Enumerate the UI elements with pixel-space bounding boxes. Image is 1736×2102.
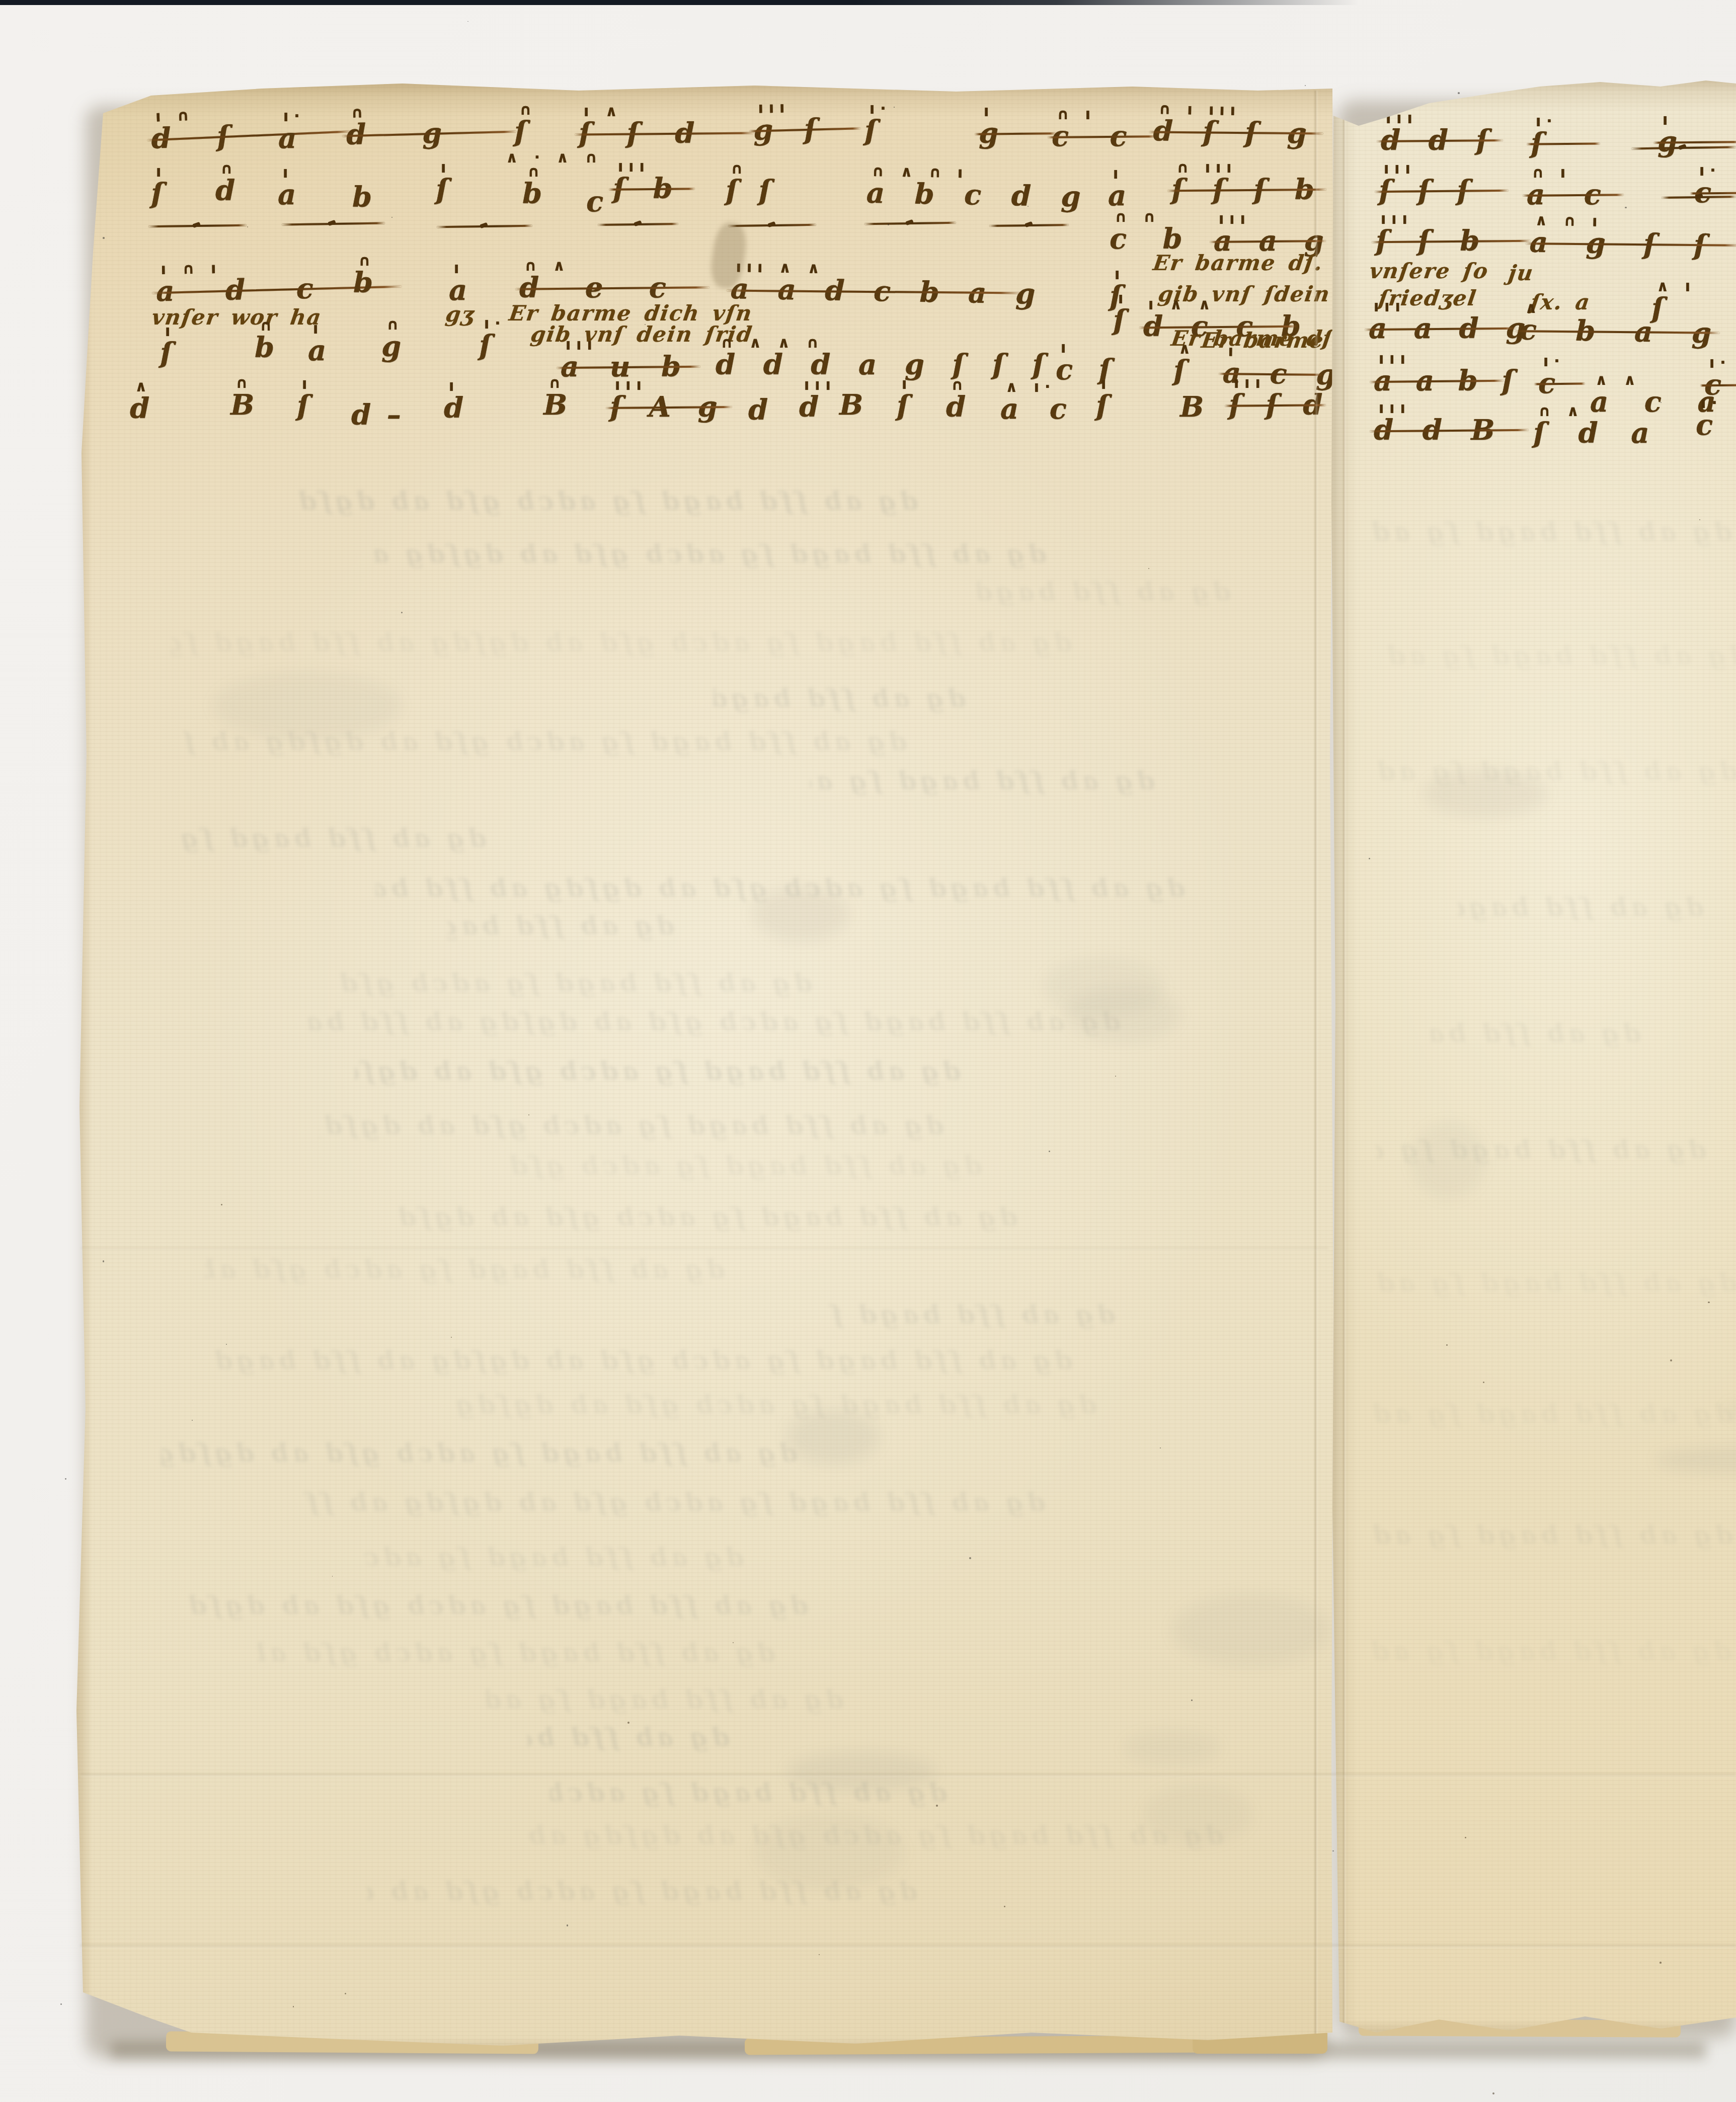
rhythm-marks: ∩ (220, 160, 238, 178)
dust-speck (60, 2003, 62, 2005)
tablature-rule (1048, 135, 1156, 138)
tablature-letters: d (130, 393, 152, 424)
showthrough-text: dg ab ſfd bagd ſg adcb gſd ab dgſdg ab ſ… (486, 1684, 843, 1714)
german-text-word: gib vnſ dein ſrid (531, 322, 753, 347)
showthrough-text: dg ab ſfd bagd ſg adcb gſd ab dgſdg ab ſ… (188, 1590, 808, 1620)
rhythm-marks: ∧ (1178, 340, 1196, 358)
tablature-letters: B (1180, 391, 1207, 423)
german-text-word: vnſere ſo (1370, 259, 1488, 283)
rhythm-marks: ∩ ∧ ∧ ∩ (721, 334, 824, 352)
rhythm-marks: ı (1113, 165, 1124, 183)
showthrough-text: dg ab ſfd bagd ſg adcb gſd ab dgſdg ab ſ… (1457, 892, 1703, 922)
tablature-letters: d (799, 391, 822, 423)
showthrough-text: dg ab ſfd bagd ſg adcb gſd ab dgſdg ab ſ… (304, 1487, 1045, 1517)
tablature-letters: d ſ ſ g (1153, 115, 1319, 149)
showthrough-text: dg ab ſfd bagd ſg adcb gſd ab dgſdg ab ſ… (205, 1254, 725, 1284)
tablature-rule (1690, 192, 1736, 195)
tablature-cluster: ∩d (215, 162, 238, 206)
tablature-letters: d (215, 175, 238, 206)
rhythm-marks: ı (1228, 343, 1239, 360)
tablature-cluster: b (352, 169, 375, 213)
rhythm-marks: ııı (1219, 210, 1251, 228)
tablature-letters: B (543, 389, 570, 421)
tablature-letters: ſ ſ d (1229, 389, 1322, 421)
tablature-rule (1526, 242, 1736, 247)
tablature-cluster: ∩ ∧d e c (519, 259, 705, 303)
rhythm-marks: ∧ ∩ ı (1535, 212, 1603, 230)
rhythm-marks: ∩ ∧ (1538, 402, 1585, 420)
rhythm-marks: ı (1061, 339, 1071, 357)
rhythm-marks: ∧ (135, 378, 152, 395)
showthrough-text: dg ab ſfd bagd ſg adcb gſd ab dgſdg ab ſ… (367, 1876, 917, 1906)
tablature-rule (1527, 142, 1600, 145)
tablature-rule (1372, 240, 1531, 244)
rhythm-marks: ∧ ı (1656, 278, 1696, 295)
tablature-cluster: ı ∧ ∧d c c b (1143, 298, 1294, 342)
tablature-cluster: ıſ (297, 377, 312, 422)
showthrough-blot (1724, 1396, 1736, 1425)
tablature-letters: ſ ſ ſ b (1171, 174, 1322, 205)
sustain-dash (148, 224, 247, 228)
showthrough-text: dg ab ſfd bagd ſg adcb gſd ab dgſdg ab ſ… (296, 486, 918, 516)
showthrough-text: dg ab ſfd bagd ſg adcb gſd ab dgſdg ab ſ… (161, 1438, 797, 1468)
dash-tick (480, 222, 488, 228)
rhythm-marks: ∩ ı (1532, 164, 1571, 182)
tablature-rule (1167, 189, 1326, 192)
tablature-letters: d (748, 394, 771, 426)
german-text-word: ſriedʒel (1379, 286, 1477, 310)
german-text-word: ſx. a (1531, 290, 1591, 314)
tablature-cluster: B (1180, 378, 1207, 423)
tablature-rule (1377, 139, 1503, 142)
tablature-cluster: ıſ (1096, 377, 1111, 422)
tablature-letters: g ſ (753, 113, 857, 146)
tablature-cluster: ıa c g (1222, 344, 1319, 390)
rhythm-marks: ı ∩ ı (161, 260, 221, 278)
tablature-cluster: ıııſ b (613, 160, 691, 204)
tablature-rule (1370, 429, 1529, 433)
showthrough-text: dg ab ſfd bagd ſg adcb gſd ab dgſdg ab ſ… (1375, 1268, 1736, 1298)
tablature-cluster: ∩ ı ıııd ſ ſ g (1153, 102, 1319, 149)
showthrough-text: dg ab ſfd bagd ſg adcb gſd ab dgſdg ab ſ… (258, 1638, 775, 1667)
dust-speck (1492, 2092, 1494, 2094)
german-text-word: Er barme dſ (1171, 326, 1333, 351)
rhythm-marks: ı· (1709, 354, 1731, 372)
tablature-rule (727, 289, 1021, 294)
rhythm-marks: ı ∧ ∧ (1148, 296, 1216, 313)
tablature-cluster: ∩d (946, 378, 969, 423)
tablature-cluster: ∩ſ ſ (726, 162, 786, 206)
rhythm-marks: ∩ (386, 316, 404, 334)
tablature-letters: a a b ſ (1374, 365, 1500, 396)
showthrough-text: dg ab ſfd bagd ſg adcb gſd ab dgſdg ab ſ… (214, 1345, 1072, 1375)
tablature-letters: g (381, 331, 404, 362)
tablature-rule (342, 130, 516, 137)
tablature-cluster: ı ∩ ıa d c (155, 259, 398, 307)
tablature-letters: ſ (1173, 355, 1189, 386)
rhythm-marks: ı· (1701, 394, 1723, 412)
tablature-letters: c c (1052, 121, 1152, 152)
rhythm-marks: ııı (1379, 399, 1411, 417)
dash-tick (1695, 193, 1703, 199)
showthrough-text: dg ab ſfd bagd ſg adcb gſd ab dgſdg ab ſ… (977, 577, 1230, 606)
tablature-letters: b (255, 332, 277, 363)
tablature-cluster: ıg (1658, 113, 1736, 157)
tablature-letters: ſ (1113, 305, 1128, 336)
torn-edge-left (75, 80, 93, 2060)
tablature-cluster: ∧ ∧a c a (1590, 373, 1726, 418)
dash-tick (1024, 221, 1033, 227)
tablature-cluster: ıa (1108, 167, 1129, 211)
tablature-cluster: ∩b (353, 254, 376, 298)
tablature-rule (1149, 131, 1323, 134)
tablature-letters: g (1658, 126, 1736, 157)
text-content: Er barme dſ. (1152, 251, 1325, 275)
tablature-letters: a c (1527, 179, 1620, 210)
rhythm-marks: ı (1115, 266, 1125, 283)
tablature-rule (1365, 328, 1516, 331)
tablature-cluster: ∩ ∩c b (1110, 210, 1205, 255)
tablature-cluster: ∩ ∧ ∩ ıa b c d g (866, 165, 1048, 212)
paper-grain (75, 80, 1333, 2060)
tablature-cluster: ı·ſ (1531, 115, 1596, 159)
tablature-letters: d d d a g ſ ſ ſ (716, 349, 1002, 380)
tablature-rule (609, 188, 695, 190)
rhythm-marks: ııı (1374, 298, 1406, 315)
text-content: ju (1507, 261, 1536, 285)
rhythm-marks: ı (441, 159, 451, 177)
scanner-edge-strip (0, 0, 1736, 5)
showthrough-text: dg ab ſfd bagd ſg adcb gſd ab dgſdg ab ſ… (363, 1542, 743, 1572)
showthrough-blot (787, 1410, 879, 1464)
rhythm-marks: ı (454, 260, 464, 277)
showthrough-blot (1173, 1594, 1330, 1665)
rhythm-marks: ∩ ı (1057, 106, 1096, 123)
showthrough-text: dg ab ſfd bagd ſg adcb gſd ab dgſdg ab ſ… (499, 1151, 982, 1180)
tablature-letters: ſ (479, 330, 494, 361)
rhythm-marks: ∧ ∧ (1595, 371, 1641, 389)
showthrough-blot (1424, 770, 1546, 816)
tablature-letters: d e c (519, 272, 705, 303)
tablature-cluster: ∩d g (346, 103, 512, 150)
showthrough-blot (753, 887, 849, 941)
rhythm-marks: ∩ (358, 252, 376, 270)
rhythm-marks: ı· (1543, 353, 1565, 370)
tablature-letters: ſ (436, 174, 451, 205)
text-content: ſriedʒel (1377, 286, 1479, 310)
rhythm-marks: ııı ∧ ∧ (736, 258, 825, 277)
tablature-letters: b (522, 178, 545, 209)
sustain-dash (989, 224, 1069, 227)
rhythm-marks: ∩ (951, 376, 969, 394)
tablature-letters: ſ ſ d (579, 118, 750, 149)
tablature-cluster: ıa (308, 322, 329, 366)
tablature-cluster: ıa (278, 166, 299, 210)
showthrough-text: dg ab ſfd bagd ſg adcb gſd ab dgſdg ab ſ… (355, 1056, 961, 1086)
showthrough-text: dg ab ſfd bagd ſg adcb gſd ab dgſdg ab ſ… (450, 1390, 1096, 1419)
tablature-letters: c ſ (1056, 354, 1126, 385)
tablature-rule (1370, 380, 1504, 383)
tablature-cluster: d (748, 381, 771, 426)
text-content: vnſer wor ha (150, 305, 324, 330)
showthrough-text: dg ab ſfd bagd ſg adcb gſd ab dgſdg ab ſ… (183, 726, 907, 756)
tablature-letters: a g ſ ſ (1529, 226, 1736, 261)
tablature-cluster: ı·c (1694, 164, 1736, 208)
tablature-letters: ſ b (613, 173, 691, 204)
text-content: ſx. a (1529, 290, 1592, 314)
showthrough-text: dg ab ſfd bagd ſg adcb gſd ab dgſdg ab ſ… (447, 911, 674, 940)
tablature-cluster: ıſ (1113, 292, 1128, 336)
showthrough-blot (757, 1814, 903, 1889)
showthrough-text: dg ab ſfd bagd ſg adcb gſd ab dgſdg ab ſ… (1376, 1135, 1706, 1164)
tablature-letters: a (308, 335, 329, 366)
ink-smudge (708, 221, 749, 290)
dash-tick (767, 221, 776, 227)
german-text-word: vnſer wor ha (152, 305, 322, 330)
rhythm-marks: ı· (1536, 113, 1558, 130)
tablature-cluster: ıııa a d g (1369, 300, 1512, 344)
crease-vertical (1314, 91, 1318, 2043)
tablature-cluster: ∧ ıſ (1651, 280, 1667, 324)
german-text-word: gʒ (446, 302, 475, 327)
rhythm-marks: ∩ (731, 160, 748, 178)
rhythm-marks: ııı (1384, 160, 1416, 178)
tablature-cluster: ııı ∧ ∧a a d c b a g (730, 260, 1017, 309)
tablature-rule (1700, 384, 1736, 387)
tablature-cluster: ∩B (543, 376, 570, 421)
showthrough-text: dg ab ſfd bagd ſg adcb gſd ab dgſdg ab ſ… (1371, 1520, 1733, 1550)
tablature-letters: a (278, 123, 299, 154)
tablature-letters: a d c (156, 272, 398, 307)
dash-tick (192, 222, 201, 228)
rhythm-marks: ∩ (260, 317, 277, 335)
rhythm-marks: ∩ ∩ (1115, 208, 1161, 226)
showthrough-blot (1066, 987, 1179, 1041)
left-page: dg ab ſfd bagd ſg adcb gſd ab dgſdg ab ſ… (75, 80, 1333, 2060)
showthrough-text: dg ab ſfd bagd ſg adcb gſd ab dgſdg ab ſ… (1370, 517, 1732, 546)
tablature-letters: ſ (514, 116, 529, 147)
rhythm-marks: ı (1101, 375, 1112, 393)
tablature-letters: a a d g (1369, 313, 1512, 344)
showthrough-blot (214, 673, 401, 739)
tablature-rule (147, 130, 352, 141)
showthrough-blot (1044, 957, 1164, 1016)
tablature-letters: d – (351, 399, 404, 431)
rhythm-marks: ı (313, 320, 324, 338)
rhythm-marks: ∧ · ∧ ∩ (506, 149, 603, 167)
tablature-cluster: ıııa a b ſ (1374, 352, 1500, 396)
rhythm-marks: ı (165, 322, 176, 340)
tablature-letters: d (444, 392, 466, 424)
tablature-cluster: ıſ (897, 377, 912, 422)
tablature-cluster: ∩ſ (514, 103, 529, 147)
showthrough-text: dg ab ſfd bagd ſg adcb gſd ab dgſdg ab ſ… (371, 539, 1046, 569)
tablature-letters: d g (346, 116, 513, 150)
german-text-word: gib vnſ ſdein (1158, 282, 1330, 306)
tablature-letters: g (979, 118, 1052, 149)
rhythm-marks: ı (283, 164, 293, 182)
tablature-rule (1219, 373, 1322, 376)
showthrough-text: dg ab ſfd bagd ſg adcb gſd ab dgſdg ab ſ… (514, 1820, 1224, 1850)
tablature-rule (1225, 404, 1326, 407)
tablature-cluster: ıııſ ſ b (1376, 212, 1527, 257)
tablature-cluster: ıııſ A g (610, 378, 728, 423)
right-page: dg ab ſfd bagd ſg adcb gſd ab dgſdg ab ſ… (1328, 75, 1736, 2043)
dust-speck (1305, 85, 1306, 86)
rhythm-marks: ı· (870, 100, 892, 118)
tablature-rule (1375, 190, 1509, 193)
tablature-cluster: ∩g (381, 318, 404, 362)
tablature-cluster: c (586, 173, 606, 217)
tablature-letters: ſ d a (1533, 418, 1679, 449)
rhythm-marks: ııı (1381, 210, 1413, 228)
tablature-cluster: ∧d (130, 380, 152, 424)
rhythm-marks: ∧ ı· (1005, 378, 1056, 396)
tablature-letters: ſ A g (610, 391, 728, 423)
dash-tick (905, 219, 914, 225)
tablature-letters: c (1696, 410, 1716, 441)
rhythm-marks: ı· (1699, 162, 1721, 180)
tablature-rule (1139, 326, 1298, 329)
tablature-cluster: ∧c b a g (1519, 301, 1716, 349)
tablature-letters: c (1694, 177, 1736, 208)
dust-speck (65, 1478, 66, 1480)
tablature-cluster: ∩ ıc c (1052, 108, 1152, 152)
rhythm-marks: ı (902, 375, 912, 393)
tablature-cluster: ∩b (522, 165, 545, 209)
tablature-cluster: ∩ ∧ſ d a (1533, 405, 1679, 449)
tablature-cluster: ıııa a g (1214, 212, 1322, 257)
rhythm-marks: ı (302, 375, 312, 393)
rhythm-marks: ∧ (1525, 299, 1543, 317)
showthrough-text: dg ab ſfd bagd ſg adcb gſd ab dgſdg ab ſ… (375, 873, 1185, 903)
tablature-cluster: ıııd d B (1374, 401, 1525, 446)
rhythm-marks: ı (1663, 111, 1673, 129)
rhythm-marks: ııı (566, 336, 598, 354)
tablature-cluster: ∧ ı·a c (1000, 380, 1086, 425)
tablature-letters: b (353, 267, 376, 298)
rhythm-marks: ııı (618, 158, 650, 176)
tablature-letters: c b (1110, 223, 1205, 255)
rhythm-marks: ı (156, 163, 167, 181)
tablature-letters: c (1704, 369, 1736, 400)
rhythm-marks: ı (449, 377, 459, 395)
tablature-letters: a a d c b a g (730, 273, 1017, 309)
tablature-rule (1534, 383, 1585, 385)
rhythm-marks: ∩ (527, 163, 545, 181)
rhythm-marks: ı (1118, 290, 1129, 307)
tablature-rule (1210, 240, 1326, 243)
tablature-letters: a c (1000, 393, 1086, 425)
tablature-cluster: ıa (449, 262, 470, 306)
sustain-dash (598, 223, 678, 226)
tablature-letters: a u b (561, 351, 696, 382)
tablature-cluster: ıſ (160, 325, 175, 369)
rhythm-marks: ııı (1379, 350, 1411, 368)
tablature-cluster: ı·c (1538, 355, 1581, 399)
tablature-cluster: ∧ ∩ ıa g ſ ſ (1529, 213, 1736, 261)
text-content: gʒ (444, 302, 477, 327)
tablature-letters: c (1538, 368, 1581, 399)
tablature-letters: B (230, 389, 257, 421)
showthrough-text: dg ab ſfd bagd ſg adcb gſd ab dgſdg ab ſ… (400, 1202, 1017, 1232)
tablature-cluster: ı·a (278, 110, 299, 154)
dust-speck (1332, 1850, 1333, 1851)
rhythm-marks: ııı (758, 99, 790, 117)
tablature-cluster: ı ∧ſ ſ d (579, 105, 750, 149)
sustain-dash (864, 222, 956, 225)
paper-grain (1328, 75, 1736, 2043)
tablature-letters: ſ ſ ſ (1379, 175, 1505, 206)
tablature-cluster: ıııſ ſ d (1229, 376, 1322, 421)
tablature-cluster: ı·c (1696, 396, 1716, 441)
sustain-dash (282, 222, 385, 226)
tablature-rule (749, 127, 860, 132)
sustain-dash (1662, 196, 1736, 199)
tablature-letters: ſ ſ (726, 175, 786, 206)
tablature-cluster: ıg (979, 105, 1052, 149)
tablature-letters: d (946, 391, 969, 423)
rhythm-marks: ııı (804, 376, 836, 394)
tablature-cluster: ı·ſ (479, 317, 494, 361)
dust-speck (467, 21, 468, 22)
tablature-letters: a (1108, 180, 1129, 211)
tablature-cluster: ∩ ıa c (1527, 166, 1620, 210)
tablature-cluster: ı·ſ (864, 102, 880, 146)
tablature-letters: ſ (160, 338, 175, 369)
tablature-cluster: ıd (444, 379, 466, 424)
tablature-letters: a c a (1590, 386, 1726, 418)
tablature-cluster: ıſ (436, 161, 451, 205)
showthrough-blot (787, 1752, 936, 1791)
tablature-letters: b (352, 182, 375, 213)
crease-vertical (1343, 75, 1346, 2043)
text-content: Er barme dich vſn (508, 301, 754, 326)
dash-tick (634, 220, 642, 226)
tablature-letters: a b c d g (866, 178, 1048, 212)
tablature-rule (1523, 194, 1624, 197)
rhythm-marks: ∩ (519, 101, 537, 119)
tablature-cluster: ∩ ıııſ ſ ſ b (1171, 161, 1322, 205)
tablature-cluster: ∧ſ (1173, 342, 1189, 386)
tablature-letters: ſ (897, 390, 912, 422)
dash-tick (328, 220, 336, 226)
sustain-dash (437, 225, 532, 228)
tablature-letters: a a g (1214, 225, 1322, 257)
showthrough-text: dg ab ſfd bagd ſg adcb gſd ab dgſdg ab ſ… (1371, 1399, 1733, 1428)
tablature-cluster: ∩B (230, 376, 257, 421)
rhythm-marks: ııı (615, 376, 647, 394)
showthrough-blot (1124, 1731, 1219, 1765)
showthrough-text: dg ab ſfd bagd ſg adcb gſd ab dgſdg ab ſ… (171, 627, 1072, 657)
tablature-letters: ſ (1096, 390, 1111, 422)
tablature-rule (606, 406, 732, 409)
tablature-cluster: ıııſ ſ ſ (1379, 162, 1505, 206)
tablature-cluster: ıſ (151, 165, 166, 209)
german-text-word: ju (1509, 261, 1534, 285)
tablature-rule (575, 132, 754, 135)
rhythm-marks: ı ∩ (155, 107, 195, 126)
showthrough-text: dg ab ſfd bagd ſg adcb gſd ab dgſdg ab ſ… (182, 823, 486, 853)
showthrough-text: dg ab ſfd bagd ſg adcb gſd ab dgſdg ab ſ… (1375, 756, 1736, 786)
tablature-letters: ſ (1531, 128, 1596, 159)
showthrough-text: dg ab ſfd bagd ſg adcb gſd ab dgſdg ab ſ… (810, 766, 1154, 795)
scanner-background: dg ab ſfd bagd ſg adcb gſd ab dgſdg ab ſ… (0, 0, 1736, 2102)
tablature-cluster: ∩ ∧ ∧ ∩d d d a g ſ ſ ſ (716, 336, 1002, 380)
fold-shadow (1328, 75, 1358, 2043)
tablature-letters: ſ (297, 390, 312, 422)
tablature-letters: d ſ (150, 116, 348, 154)
